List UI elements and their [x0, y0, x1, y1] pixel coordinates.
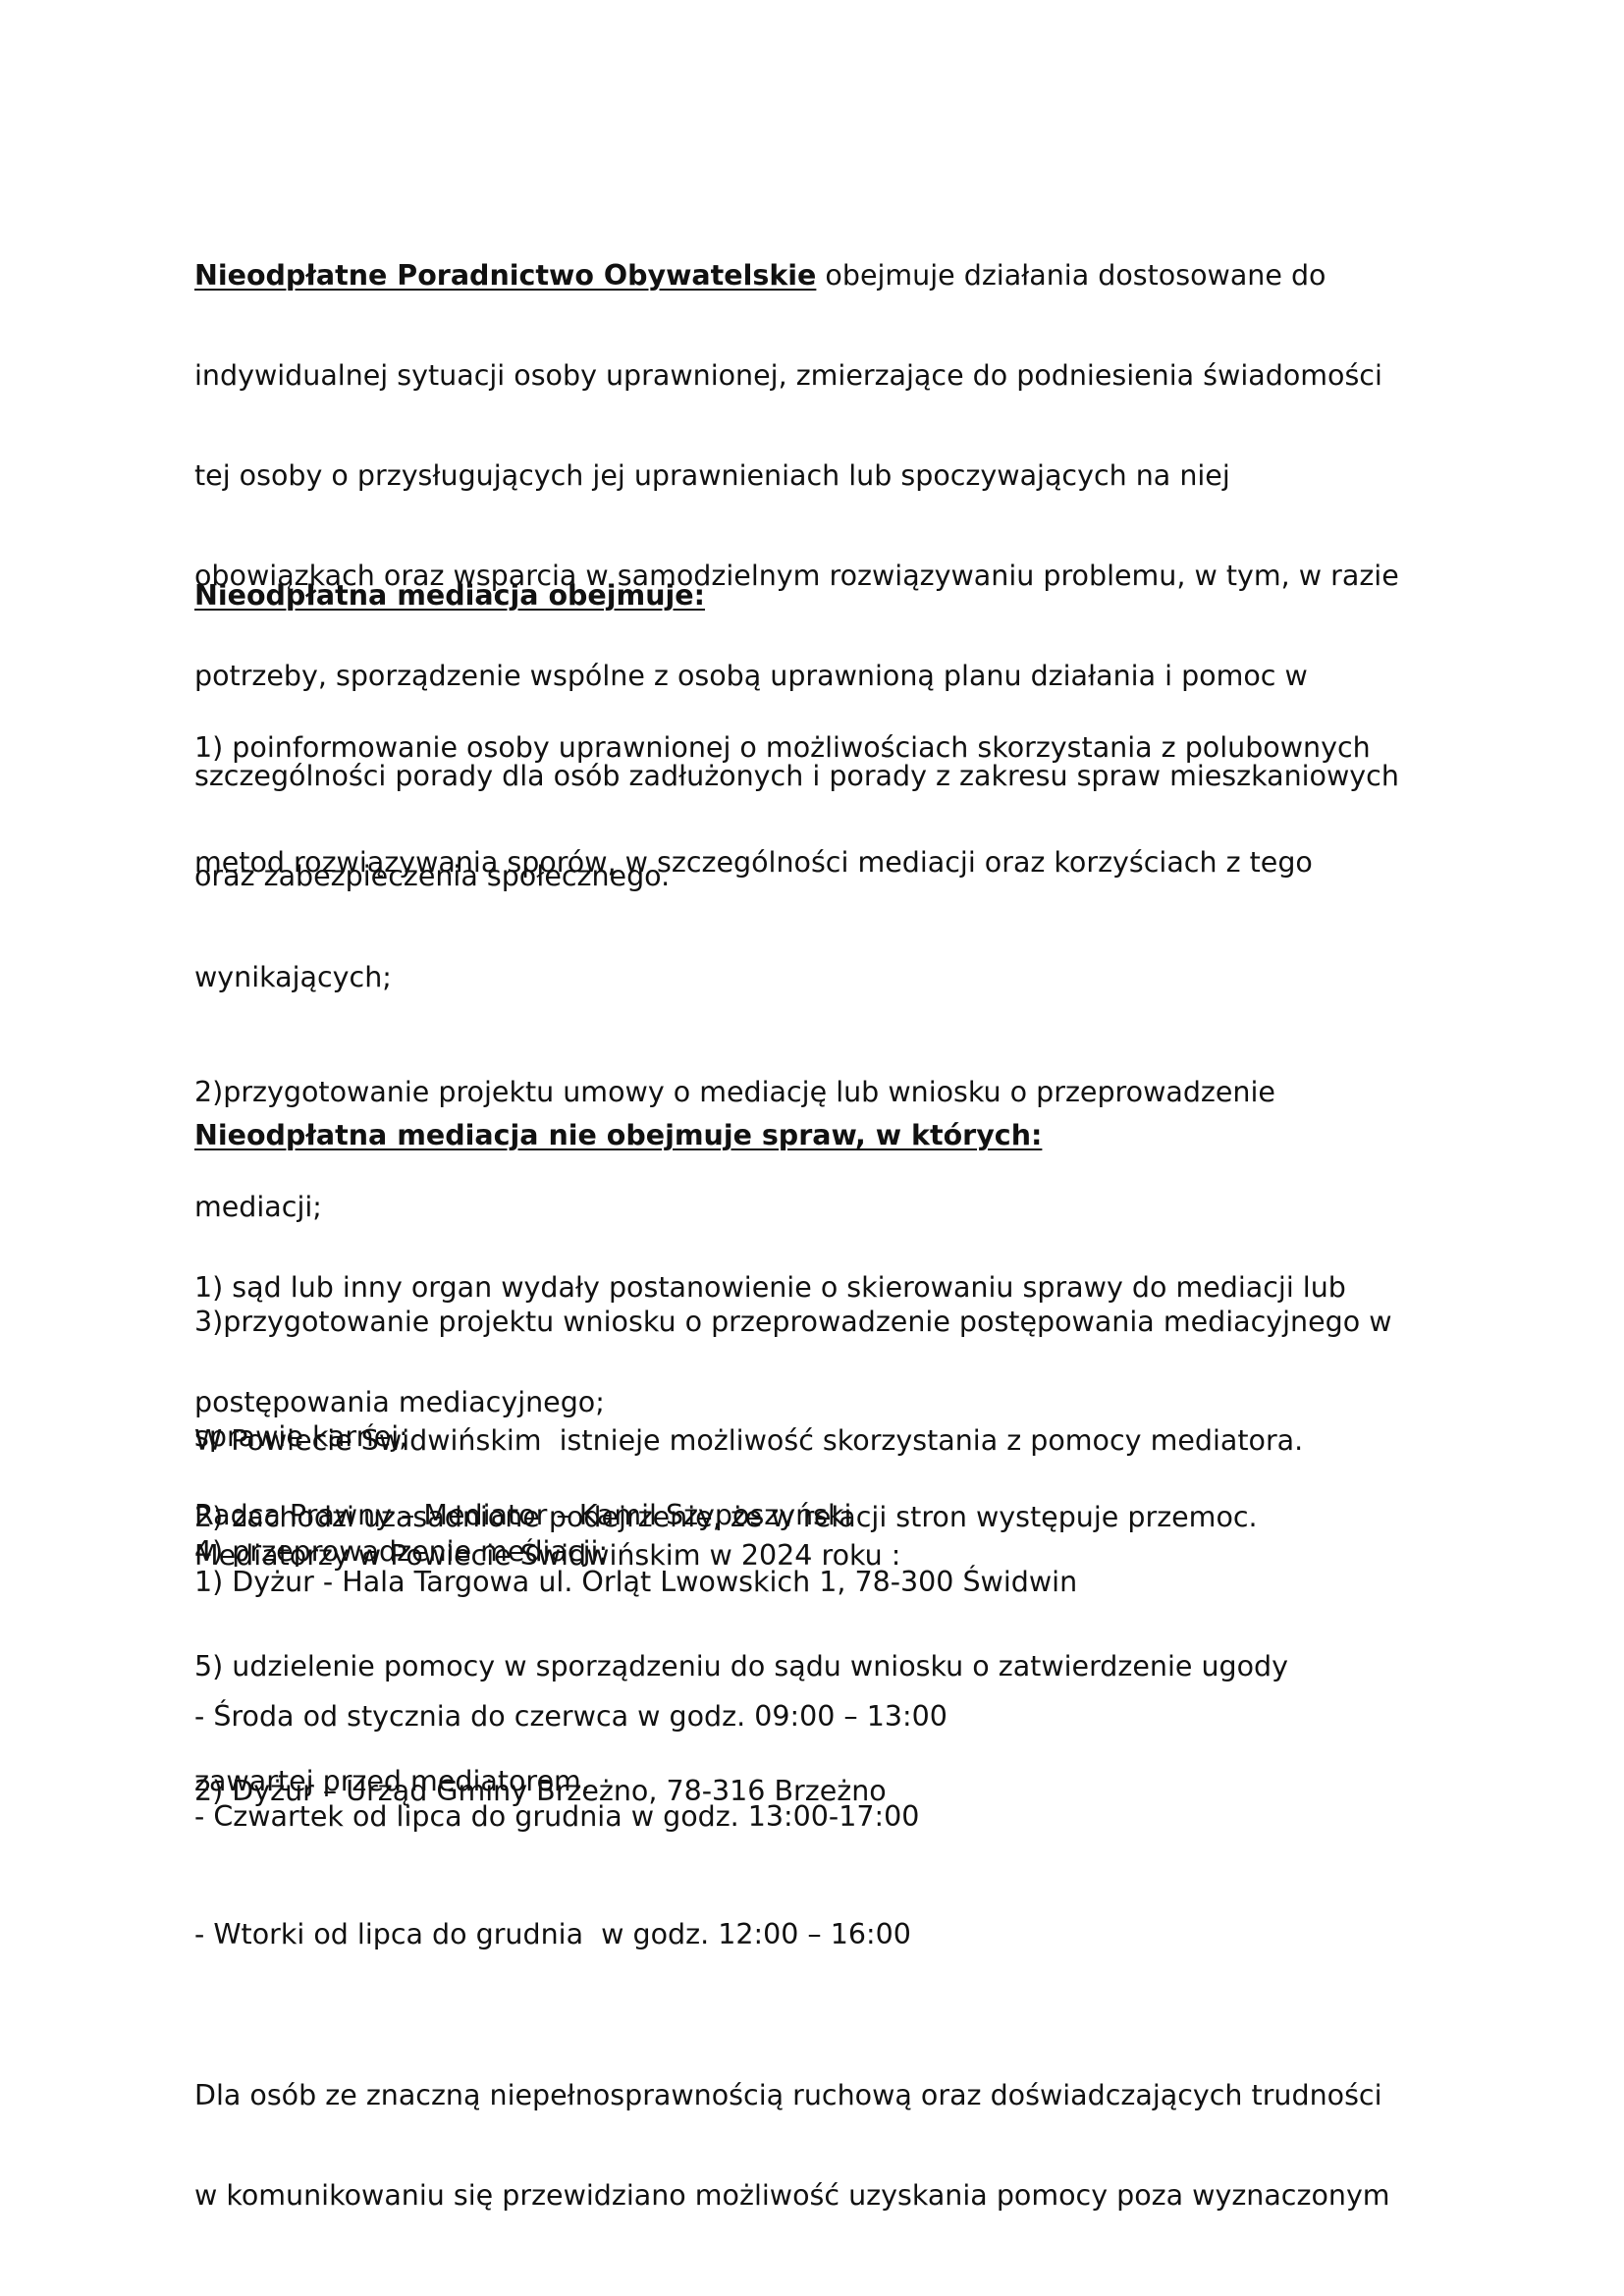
hours-line: - Wtorki od lipca do grudnia w godz. 12:…	[194, 1915, 911, 1953]
list-line: 1) poinformowanie osoby uprawnionej o mo…	[194, 728, 1392, 767]
mediator-title: Radca Prawny – Mediator – Kamil Szyposzy…	[194, 1496, 851, 1534]
accessibility-line: Dla osób ze znaczną niepełnosprawnością …	[194, 2079, 1390, 2112]
accessibility-line: w komunikowaniu się przewidziano możliwo…	[194, 2179, 1390, 2213]
duty-2-location: 2) Dyżur – Urząd Gminy Brzeżno, 78-316 B…	[194, 1772, 887, 1810]
intro-line: indywidualnej sytuacji osoby uprawnionej…	[194, 359, 1399, 393]
duty-1-location: 1) Dyżur - Hala Targowa ul. Orląt Lwowsk…	[194, 1563, 1077, 1601]
list-line: 2)przygotowanie projektu umowy o mediacj…	[194, 1073, 1392, 1111]
mediation-excludes-heading: Nieodpłatna mediacja nie obejmuje spraw,…	[194, 1116, 1042, 1154]
accessibility-paragraph: Dla osób ze znaczną niepełnosprawnością …	[194, 2012, 1390, 2279]
mediation-includes-heading: Nieodpłatna mediacja obejmuje:	[194, 576, 705, 614]
list-line: wynikających;	[194, 958, 1392, 996]
intro-line: obejmuje działania dostosowane do	[816, 259, 1326, 292]
list-line: metod rozwiązywania sporów, w szczególno…	[194, 843, 1392, 881]
intro-lead-bold: Nieodpłatne Poradnictwo Obywatelskie	[194, 259, 816, 292]
intro-line: tej osoby o przysługujących jej uprawnie…	[194, 459, 1399, 493]
hours-line: - Środa od stycznia do czerwca w godz. 0…	[194, 1700, 947, 1734]
duty-2-hours: - Wtorki od lipca do grudnia w godz. 12:…	[194, 1839, 911, 2030]
list-line: 1) sąd lub inny organ wydały postanowien…	[194, 1268, 1346, 1307]
info-line: W Powiecie Świdwińskim istnieje możliwoś…	[194, 1421, 1303, 1460]
